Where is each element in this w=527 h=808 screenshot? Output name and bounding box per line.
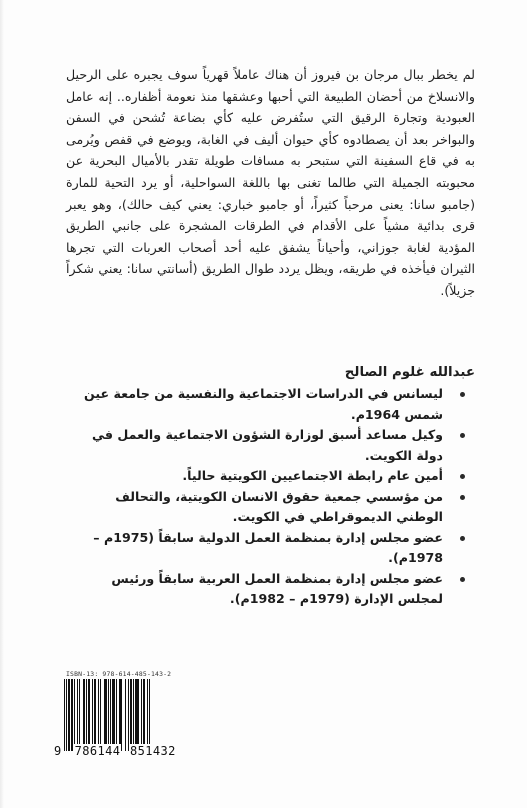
bio-item-text: من مؤسسي جمعية حقوق الانسان الكويتية، وا… [115,489,443,525]
bio-item-text: وكيل مساعد أسبق لوزارة الشؤون الاجتماعية… [92,427,443,463]
author-name-heading: عبدالله غلوم الصالح [66,362,475,384]
bullet-icon [460,392,465,397]
bullet-icon [460,536,465,541]
bio-item-text: عضو مجلس إدارة بمنظمة العمل العربية سابق… [111,571,443,607]
bio-item-association: أمين عام رابطة الاجتماعيين الكويتية حالي… [66,466,475,487]
isbn-barcode: ISBN-13: 978-614-485-143-2 9 786144 8514… [54,670,194,765]
page-edge [0,0,4,808]
bio-item-education: ليسانس في الدراسات الاجتماعية والنفسية م… [66,384,475,425]
bio-item-ilo: عضو مجلس إدارة بمنظمة العمل الدولية سابق… [66,528,475,569]
bullet-icon [460,474,465,479]
bio-item-ministry: وكيل مساعد أسبق لوزارة الشؤون الاجتماعية… [66,425,475,466]
author-bio-list: ليسانس في الدراسات الاجتماعية والنفسية م… [66,384,475,610]
bio-item-alo: عضو مجلس إدارة بمنظمة العمل العربية سابق… [66,569,475,610]
bio-item-text: أمين عام رابطة الاجتماعيين الكويتية حالي… [182,468,443,483]
barcode-bars [64,679,188,751]
barcode-digit-group-2: 851432 [129,744,177,758]
synopsis-paragraph: لم يخطر ببال مرجان بن فيروز أن هناك عامل… [66,64,475,302]
isbn-label: ISBN-13: 978-614-485-143-2 [66,670,171,678]
barcode-digit-group-1: 786144 [74,744,122,758]
bio-item-text: عضو مجلس إدارة بمنظمة العمل الدولية سابق… [93,530,443,566]
bullet-icon [460,495,465,500]
bullet-icon [460,577,465,582]
bullet-icon [460,433,465,438]
bio-item-text: ليسانس في الدراسات الاجتماعية والنفسية م… [84,386,443,422]
bio-item-founder: من مؤسسي جمعية حقوق الانسان الكويتية، وا… [66,487,475,528]
barcode-lead-digit: 9 [54,744,66,758]
barcode-digits: 9 786144 851432 [54,744,188,758]
